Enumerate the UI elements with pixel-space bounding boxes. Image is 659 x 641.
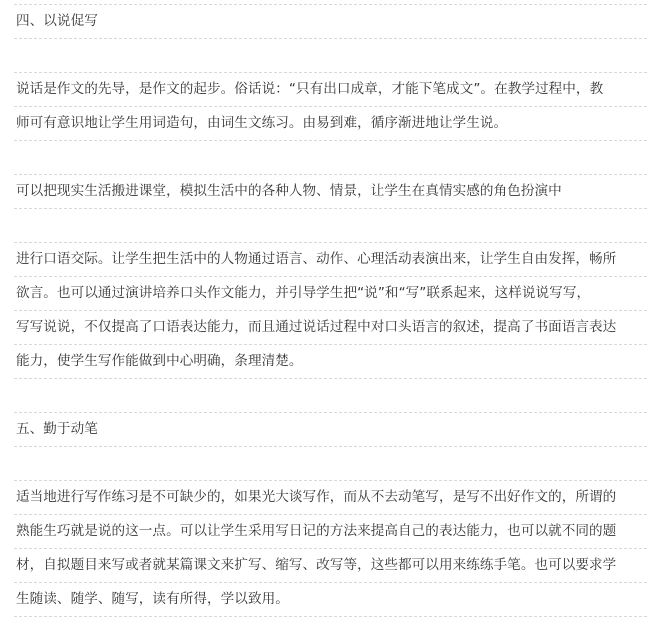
- blank-line: [14, 447, 647, 481]
- text-line: 师可有意识地让学生用词造句，由词生文练习。由易到难，循序渐进地让学生说。: [14, 107, 647, 141]
- text-line: 进行口语交际。让学生把生活中的人物通过语言、动作、心理活动表演出来，让学生自由发…: [14, 243, 647, 277]
- text-line: 能力，使学生写作能做到中心明确，条理清楚。: [14, 345, 647, 379]
- blank-line: [14, 39, 647, 73]
- text-line: 适当地进行写作练习是不可缺少的，如果光大谈写作，而从不去动笔写，是写不出好作文的…: [14, 481, 647, 515]
- section-heading-4: 四、以说促写: [14, 5, 647, 39]
- text-line: 可以把现实生活搬进课堂，模拟生活中的各种人物、情景，让学生在真情实感的角色扮演中: [14, 175, 647, 209]
- blank-line: [14, 379, 647, 413]
- blank-line: [14, 209, 647, 243]
- lined-text-block: 四、以说促写 说话是作文的先导，是作文的起步。俗话说：“只有出口成章，才能下笔成…: [14, 4, 647, 617]
- section-heading-5: 五、勤于动笔: [14, 413, 647, 447]
- text-line: 生随读、随学、随写，读有所得，学以致用。: [14, 583, 647, 617]
- blank-line: [14, 141, 647, 175]
- text-line: 熟能生巧就是说的这一点。可以让学生采用写日记的方法来提高自己的表达能力，也可以就…: [14, 515, 647, 549]
- text-line: 说话是作文的先导，是作文的起步。俗话说：“只有出口成章，才能下笔成文”。在教学过…: [14, 73, 647, 107]
- document-page: 四、以说促写 说话是作文的先导，是作文的起步。俗话说：“只有出口成章，才能下笔成…: [0, 0, 659, 641]
- text-line: 材，自拟题目来写或者就某篇课文来扩写、缩写、改写等，这些都可以用来练练手笔。也可…: [14, 549, 647, 583]
- text-line: 欲言。也可以通过演讲培养口头作文能力，并引导学生把“说”和“写”联系起来，这样说…: [14, 277, 647, 311]
- text-line: 写写说说，不仅提高了口语表达能力，而且通过说话过程中对口头语言的叙述，提高了书面…: [14, 311, 647, 345]
